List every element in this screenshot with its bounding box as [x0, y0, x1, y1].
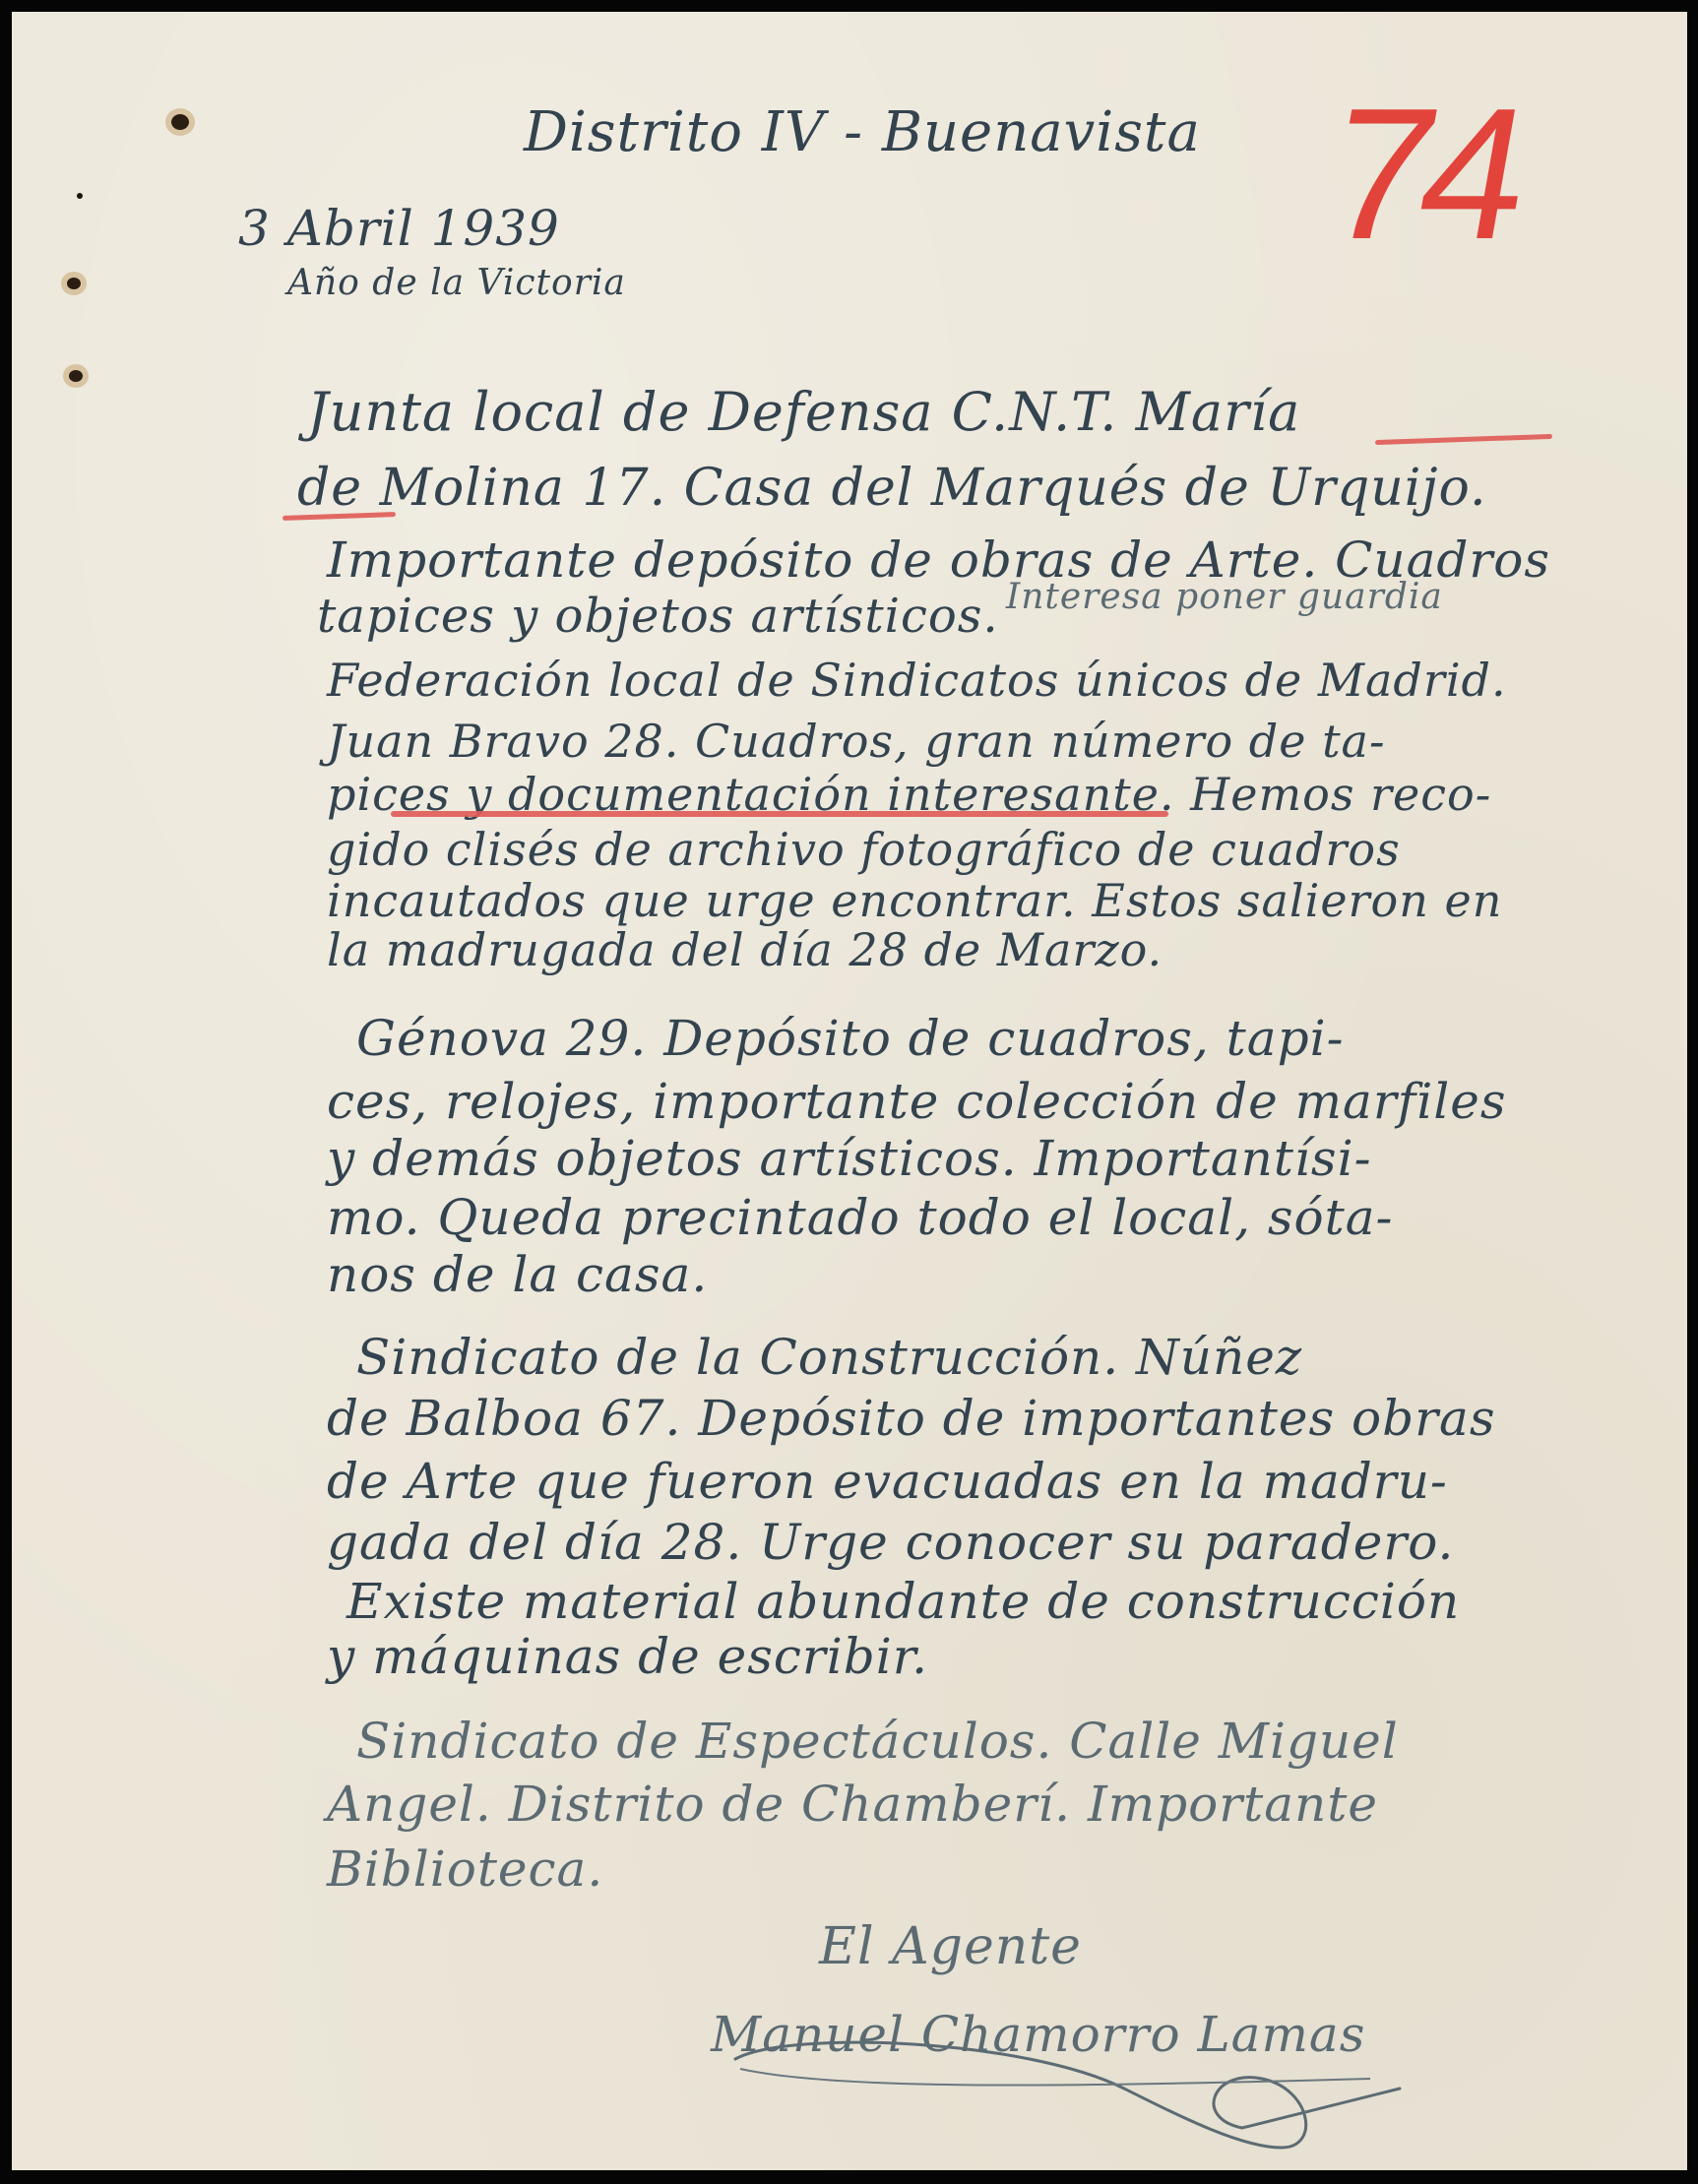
entry-4-line-3: de Arte que fueron evacuadas en la madru… — [327, 1457, 1448, 1506]
entry-2-line-1: Federación local de Sindicatos únicos de… — [327, 657, 1507, 703]
entry-2-line-5: incautados que urge encontrar. Estos sal… — [327, 878, 1502, 923]
punch-hole-mark — [69, 370, 83, 382]
entry-4-line-4: gada del día 28. Urge conocer su parader… — [327, 1518, 1454, 1567]
entry-1-line-2: de Molina 17. Casa del Marqués de Urquij… — [297, 463, 1486, 514]
entry-4-line-2: de Balboa 67. Depósito de importantes ob… — [327, 1394, 1496, 1443]
entry-2-line-4: gido clisés de archivo fotográfico de cu… — [327, 827, 1401, 872]
punch-hole-mark — [171, 114, 189, 130]
entry-3-line-4: mo. Queda precintado todo el local, sóta… — [327, 1193, 1393, 1242]
signature-title: El Agente — [819, 1921, 1082, 1972]
entry-3-line-2: ces, relojes, importante colección de ma… — [327, 1077, 1507, 1126]
red-underline — [1375, 434, 1552, 445]
red-underline — [391, 811, 1168, 817]
entry-1-note: Interesa poner guardia — [1006, 577, 1443, 617]
entry-4-line-6: y máquinas de escribir. — [327, 1632, 928, 1681]
entry-5-line-3: Biblioteca. — [327, 1844, 603, 1894]
district-heading: Distrito IV - Buenavista — [524, 105, 1201, 160]
entry-5-line-1: Sindicato de Espectáculos. Calle Miguel — [356, 1716, 1399, 1766]
entry-3-line-1: Génova 29. Depósito de cuadros, tapi- — [356, 1014, 1344, 1063]
folio-number: 74 — [1314, 81, 1532, 268]
signature-flourish — [730, 2029, 1419, 2167]
date-subtitle: Año de la Victoria — [287, 263, 626, 303]
entry-4-line-1: Sindicato de la Construcción. Núñez — [356, 1333, 1302, 1382]
entry-3-line-5: nos de la casa. — [327, 1250, 708, 1299]
entry-2-line-2: Juan Bravo 28. Cuadros, gran número de t… — [327, 718, 1386, 764]
entry-5-line-2: Angel. Distrito de Chamberí. Importante — [327, 1779, 1378, 1829]
document-page: Distrito IV - Buenavista 74 3 Abril 1939… — [12, 12, 1687, 2170]
margin-dot — [77, 193, 83, 199]
entry-1-line-1: Junta local de Defensa C.N.T. María — [307, 386, 1300, 439]
entry-4-line-5: Existe material abundante de construcció… — [346, 1577, 1460, 1626]
punch-hole-mark — [67, 278, 81, 289]
entry-2-line-6: la madrugada del día 28 de Marzo. — [327, 927, 1163, 972]
document-date: 3 Abril 1939 — [238, 204, 560, 253]
entry-1-line-4: tapices y objetos artísticos. — [317, 593, 999, 640]
entry-3-line-3: y demás objetos artísticos. Importantísi… — [327, 1134, 1371, 1183]
